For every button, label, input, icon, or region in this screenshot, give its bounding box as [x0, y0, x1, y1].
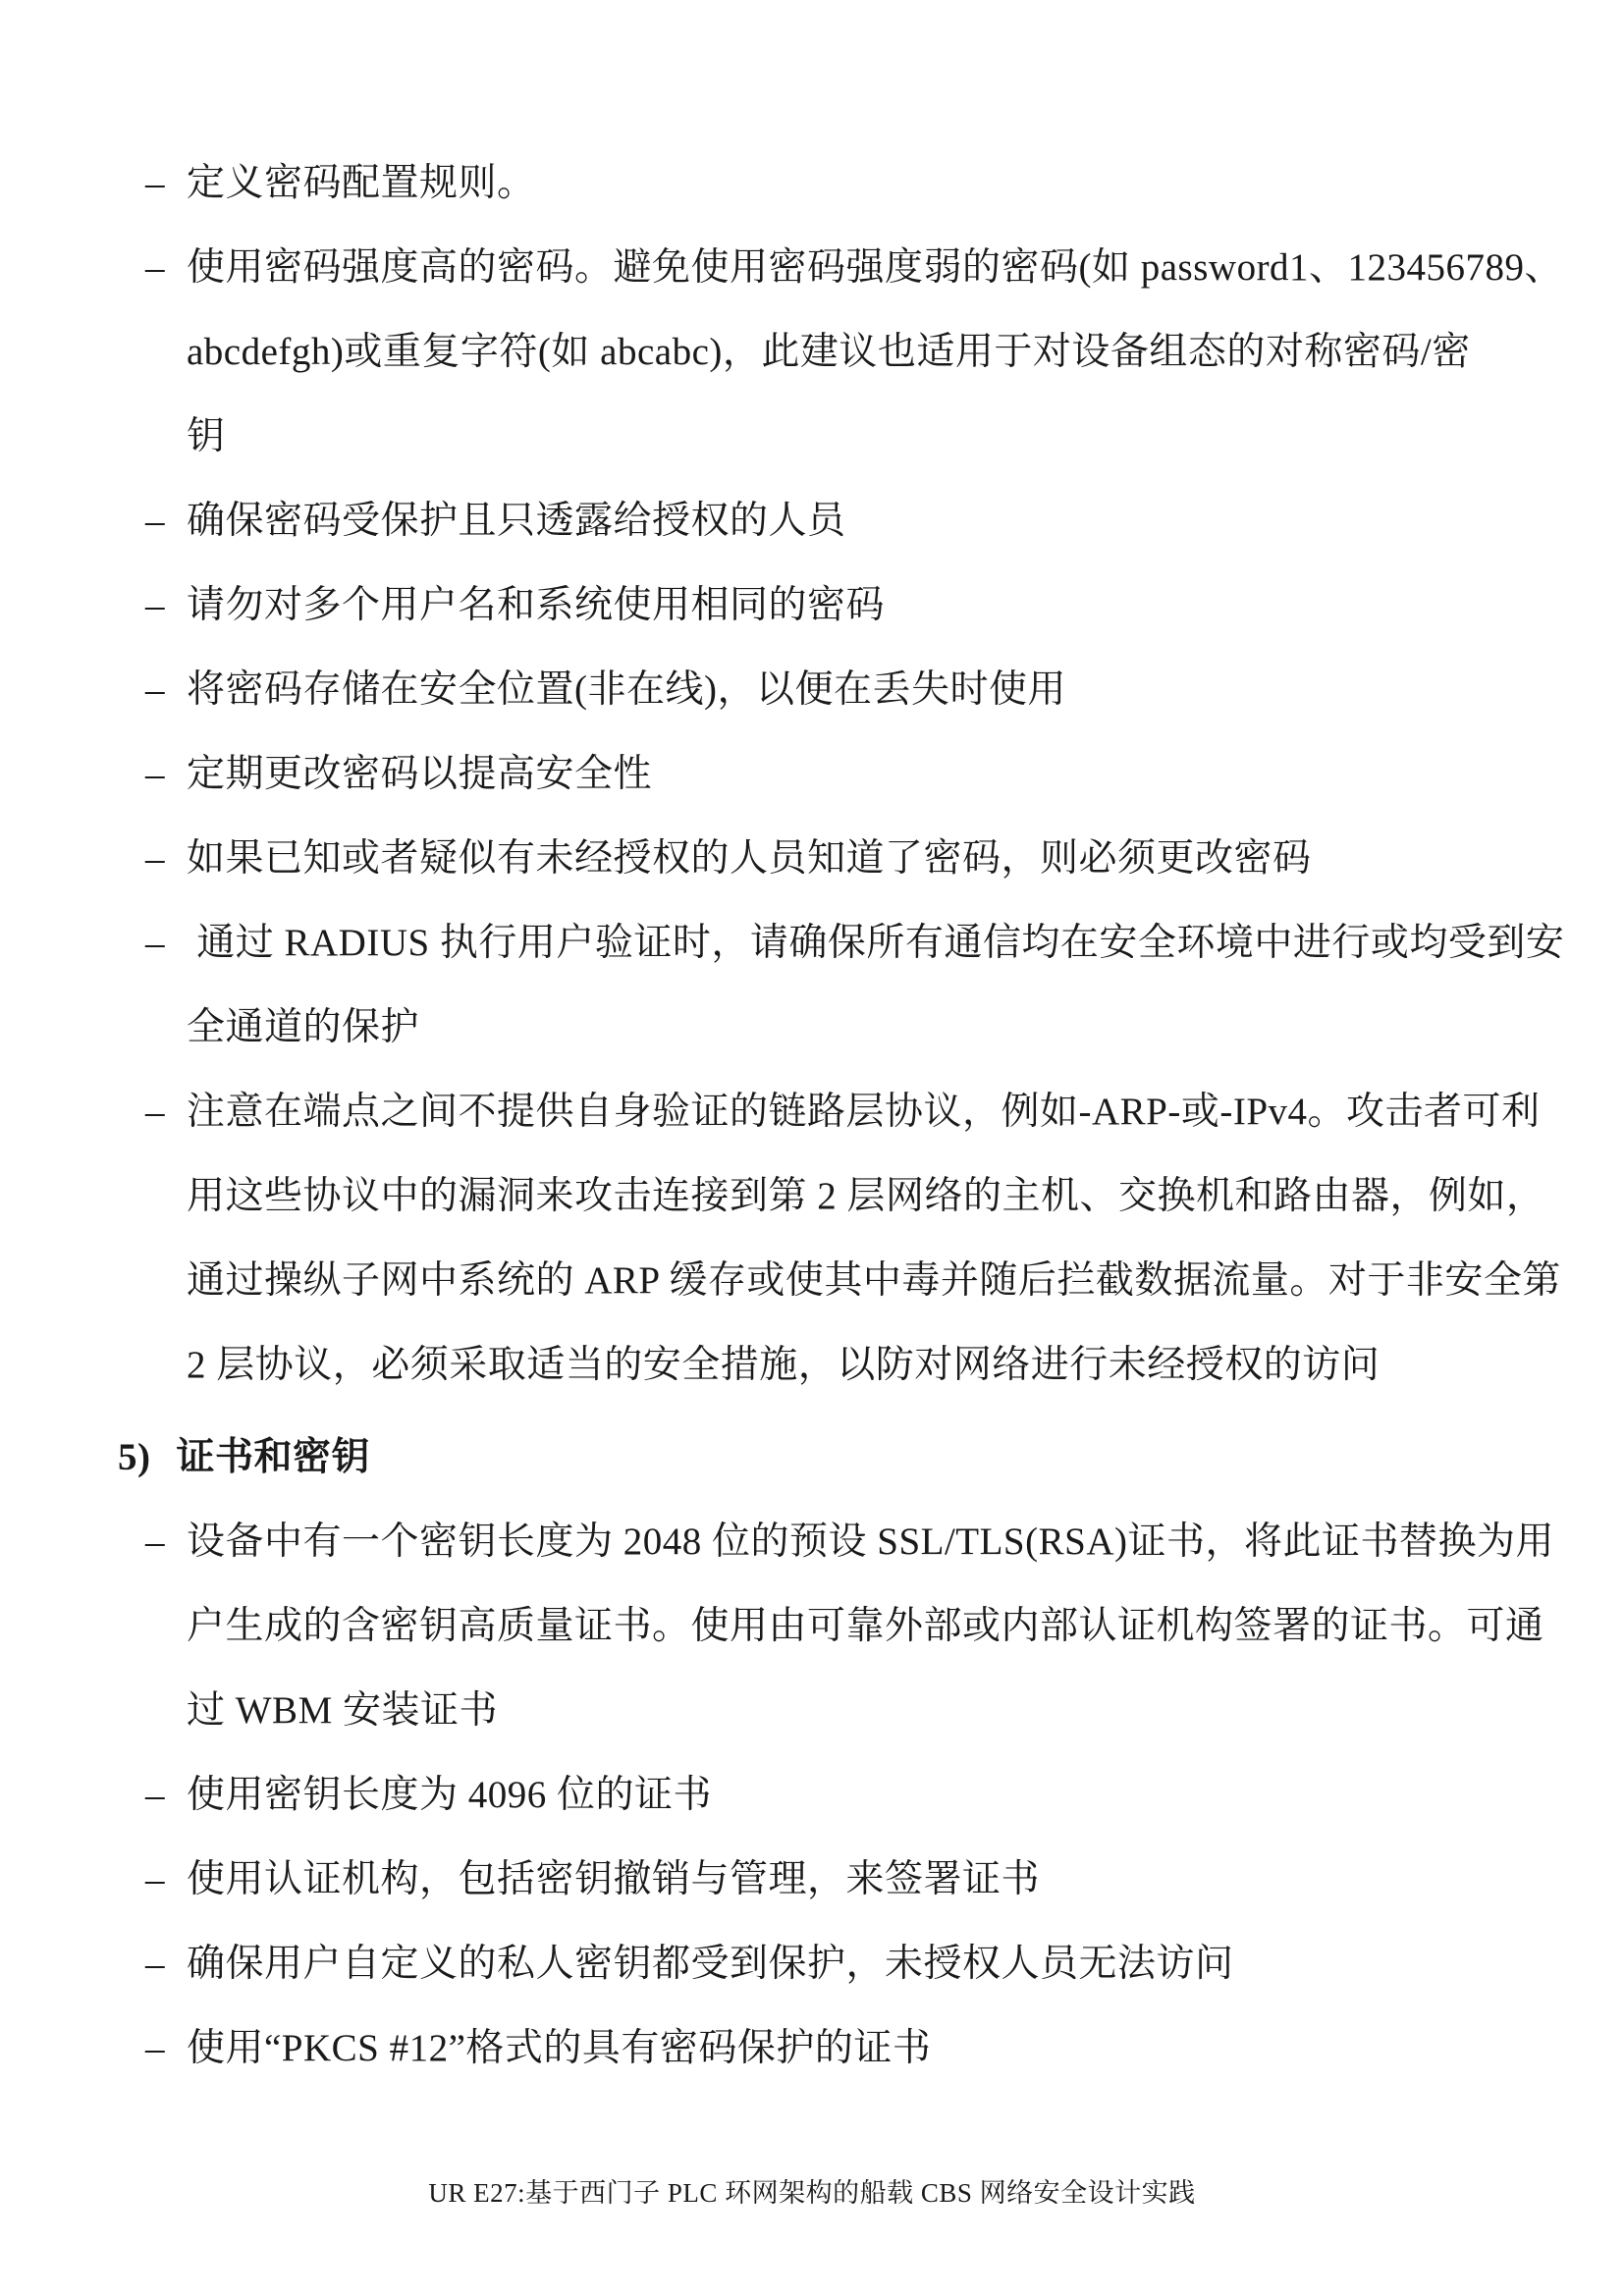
bullet-line: –将密码存储在安全位置(非在线)，以便在丢失时使用	[0, 648, 1624, 732]
line-text: 户生成的含密钥高质量证书。使用由可靠外部或内部认证机构签署的证书。可通	[187, 1605, 1544, 1647]
heading-title: 证书和密钥	[177, 1436, 371, 1478]
continuation-line: 通过操纵子网中系统的 ARP 缓存或使其中毒并随后拦截数据流量。对于非安全第	[0, 1239, 1624, 1323]
bullet-line: –设备中有一个密钥长度为 2048 位的预设 SSL/TLS(RSA)证书，将此…	[0, 1500, 1624, 1584]
line-text: 注意在端点之间不提供自身验证的链路层协议，例如-ARP-或-IPv4。攻击者可利	[187, 1091, 1541, 1133]
bullet-dash-icon: –	[145, 1070, 165, 1154]
line-text: 使用密钥长度为 4096 位的证书	[187, 1774, 712, 1816]
line-text: 使用认证机构，包括密钥撤销与管理，来签署证书	[187, 1858, 1040, 1900]
bullet-line: –注意在端点之间不提供自身验证的链路层协议，例如-ARP-或-IPv4。攻击者可…	[0, 1070, 1624, 1154]
line-text: 用这些协议中的漏洞来攻击连接到第 2 层网络的主机、交换机和路由器，例如，	[187, 1175, 1545, 1217]
bullet-line: –使用密钥长度为 4096 位的证书	[0, 1753, 1624, 1838]
line-text: 通过操纵子网中系统的 ARP 缓存或使其中毒并随后拦截数据流量。对于非安全第	[187, 1259, 1561, 1302]
line-text: 定期更改密码以提高安全性	[187, 753, 652, 795]
bullet-line: –定义密码配置规则。	[0, 141, 1624, 226]
line-text: abcdefgh)或重复字符(如 abcabc)，此建议也适用于对设备组态的对称…	[187, 331, 1471, 373]
bullet-dash-icon: –	[145, 732, 165, 817]
heading-number: 5)	[118, 1436, 151, 1478]
bullet-dash-icon: –	[145, 817, 165, 901]
bullet-dash-icon: –	[145, 563, 165, 648]
bullet-line: –使用密码强度高的密码。避免使用密码强度弱的密码(如 password1、123…	[0, 226, 1624, 310]
document-content: –定义密码配置规则。–使用密码强度高的密码。避免使用密码强度弱的密码(如 pas…	[0, 141, 1624, 2091]
line-text: 确保密码受保护且只透露给授权的人员	[187, 500, 846, 542]
bullet-dash-icon: –	[145, 1500, 165, 1584]
document-page: –定义密码配置规则。–使用密码强度高的密码。避免使用密码强度弱的密码(如 pas…	[0, 0, 1624, 2296]
line-text: 如果已知或者疑似有未经授权的人员知道了密码，则必须更改密码	[187, 837, 1312, 880]
continuation-line: 2 层协议，必须采取适当的安全措施，以防对网络进行未经授权的访问	[0, 1323, 1624, 1408]
line-text: 确保用户自定义的私人密钥都受到保护，未授权人员无法访问	[187, 1943, 1234, 1985]
continuation-line: abcdefgh)或重复字符(如 abcabc)，此建议也适用于对设备组态的对称…	[0, 310, 1624, 395]
continuation-line: 用这些协议中的漏洞来攻击连接到第 2 层网络的主机、交换机和路由器，例如，	[0, 1154, 1624, 1239]
bullet-dash-icon: –	[145, 648, 165, 732]
line-text: 使用密码强度高的密码。避免使用密码强度弱的密码(如 password1、1234…	[187, 246, 1563, 289]
bullet-line: –定期更改密码以提高安全性	[0, 732, 1624, 817]
bullet-dash-icon: –	[145, 901, 165, 986]
continuation-line: 户生成的含密钥高质量证书。使用由可靠外部或内部认证机构签署的证书。可通	[0, 1584, 1624, 1669]
line-text: 钥	[187, 415, 226, 457]
bullet-line: –如果已知或者疑似有未经授权的人员知道了密码，则必须更改密码	[0, 817, 1624, 901]
bullet-line: –请勿对多个用户名和系统使用相同的密码	[0, 563, 1624, 648]
section-heading: 5)证书和密钥	[0, 1415, 1624, 1500]
continuation-line: 钥	[0, 395, 1624, 479]
continuation-line: 过 WBM 安装证书	[0, 1669, 1624, 1753]
line-text: 过 WBM 安装证书	[187, 1689, 498, 1732]
page-footer-title: UR E27:基于西门子 PLC 环网架构的船载 CBS 网络安全设计实践	[0, 2171, 1624, 2210]
bullet-line: –确保密码受保护且只透露给授权的人员	[0, 479, 1624, 563]
bullet-dash-icon: –	[145, 226, 165, 310]
line-text: 全通道的保护	[187, 1006, 419, 1048]
line-text: 2 层协议，必须采取适当的安全措施，以防对网络进行未经授权的访问	[187, 1344, 1380, 1386]
bullet-line: – 通过 RADIUS 执行用户验证时，请确保所有通信均在安全环境中进行或均受到…	[0, 901, 1624, 986]
bullet-line: –使用认证机构，包括密钥撤销与管理，来签署证书	[0, 1838, 1624, 1922]
bullet-dash-icon: –	[145, 1753, 165, 1838]
bullet-dash-icon: –	[145, 1838, 165, 1922]
continuation-line: 全通道的保护	[0, 986, 1624, 1070]
bullet-dash-icon: –	[145, 141, 165, 226]
line-text: 请勿对多个用户名和系统使用相同的密码	[187, 584, 885, 626]
line-text: 将密码存储在安全位置(非在线)，以便在丢失时使用	[187, 668, 1066, 711]
line-text: 设备中有一个密钥长度为 2048 位的预设 SSL/TLS(RSA)证书，将此证…	[187, 1521, 1554, 1563]
bullet-dash-icon: –	[145, 479, 165, 563]
line-text: 通过 RADIUS 执行用户验证时，请确保所有通信均在安全环境中进行或均受到安	[187, 922, 1564, 964]
bullet-line: –使用“PKCS #12”格式的具有密码保护的证书	[0, 2006, 1624, 2091]
bullet-dash-icon: –	[145, 1922, 165, 2006]
line-text: 定义密码配置规则。	[187, 162, 536, 204]
line-text: 使用“PKCS #12”格式的具有密码保护的证书	[187, 2027, 931, 2069]
bullet-dash-icon: –	[145, 2006, 165, 2091]
bullet-line: –确保用户自定义的私人密钥都受到保护，未授权人员无法访问	[0, 1922, 1624, 2006]
